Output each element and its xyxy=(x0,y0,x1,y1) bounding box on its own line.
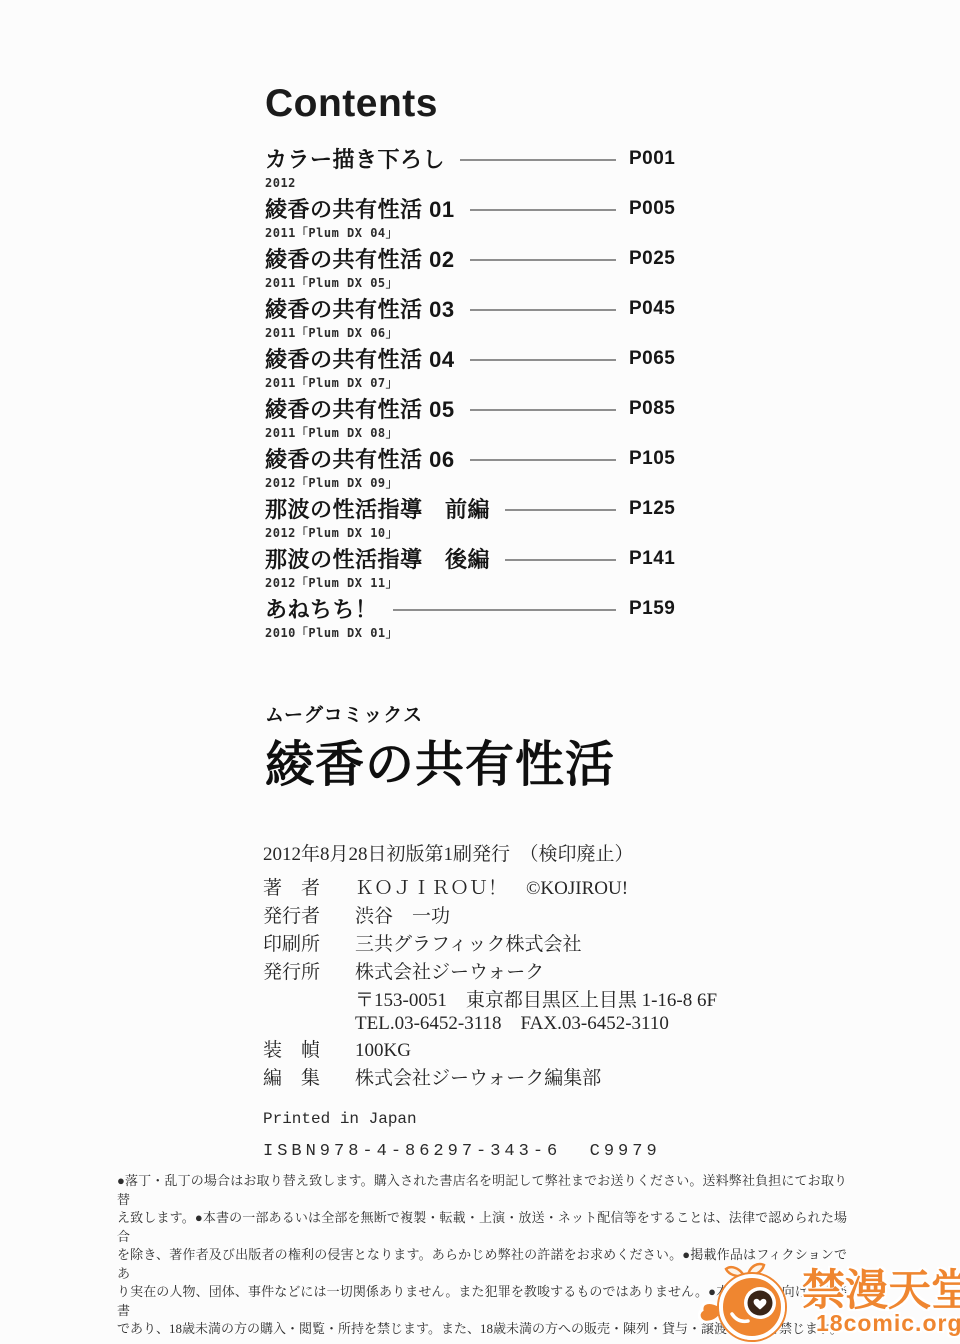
toc-entry-page: P159 xyxy=(629,598,675,620)
leader-line xyxy=(505,559,616,561)
colophon-value: 株式会社ジーウォーク編集部 xyxy=(355,1067,703,1091)
watermark-site-name: 禁漫天堂 xyxy=(802,1270,960,1312)
toc-entry-title: カラー描き下ろし xyxy=(265,143,445,174)
toc-entry-note: 2012 xyxy=(265,175,675,191)
toc-entry: 綾香の共有性活 02 P025 2011「Plum DX 05」 xyxy=(265,244,675,294)
leader-line xyxy=(470,359,616,361)
colophon-label: 編 集 xyxy=(263,1067,355,1091)
toc-entry: 那波の性活指導 後編 P141 2012「Plum DX 11」 xyxy=(265,544,675,594)
book-title: 綾香の共有性活 xyxy=(265,739,615,791)
toc-entry-note: 2011「Plum DX 06」 xyxy=(265,325,675,341)
toc-entry-note: 2010「Plum DX 01」 xyxy=(265,625,675,641)
fineprint-line: ●落丁・乱丁の場合はお取り替え致します。購入された書店名を明記して弊社までお送り… xyxy=(117,1172,847,1209)
leader-line xyxy=(470,459,616,461)
leader-line xyxy=(470,309,616,311)
toc-entry-note: 2011「Plum DX 07」 xyxy=(265,375,675,391)
toc-entry: 綾香の共有性活 05 P085 2011「Plum DX 08」 xyxy=(265,394,675,444)
toc-entry-title: 綾香の共有性活 06 xyxy=(265,443,455,474)
contents-heading: Contents xyxy=(265,84,675,124)
colophon-section: 2012年8月28日初版第1刷発行 （検印廃止） 著 者 ＫＯＪＩＲＯＵ！ ©K… xyxy=(263,843,703,1163)
toc-entry: 綾香の共有性活 03 P045 2011「Plum DX 06」 xyxy=(265,294,675,344)
leader-line xyxy=(505,509,616,511)
colophon-label: 装 幀 xyxy=(263,1039,355,1063)
colophon-value: 三共グラフィック株式会社 xyxy=(355,933,703,957)
toc-entry-page: P025 xyxy=(629,248,675,270)
toc-entry-page: P085 xyxy=(629,398,675,420)
colophon-value: 株式会社ジーウォーク xyxy=(355,961,703,985)
colophon-label: 発行者 xyxy=(263,905,355,929)
toc-entry-title: 綾香の共有性活 01 xyxy=(265,193,455,224)
toc-entry-title: 綾香の共有性活 05 xyxy=(265,393,455,424)
colophon-row-editing: 編 集 株式会社ジーウォーク編集部 xyxy=(263,1067,703,1091)
toc-entry: カラー描き下ろし P001 2012 xyxy=(265,144,675,194)
leader-line xyxy=(393,609,616,611)
toc-entry: 綾香の共有性活 06 P105 2012「Plum DX 09」 xyxy=(265,444,675,494)
colophon-value: 渋谷 一功 xyxy=(355,905,703,929)
leader-line xyxy=(470,209,616,211)
fineprint-line: え致します。●本書の一部あるいは全部を無断で複製・転載・上演・放送・ネット配信等… xyxy=(117,1209,847,1246)
toc-entry-title: 那波の性活指導 前編 xyxy=(265,493,490,524)
colophon-row-printer: 印刷所 三共グラフィック株式会社 xyxy=(263,933,703,957)
toc-entry-title: 綾香の共有性活 04 xyxy=(265,343,455,374)
toc-entry-title: あねちち！ xyxy=(265,593,378,624)
colophon-row-publishing-house: 発行所 株式会社ジーウォーク xyxy=(263,961,703,985)
colophon-page: Contents カラー描き下ろし P001 2012 綾香の共有性活 01 P… xyxy=(0,0,960,1344)
toc-entry-note: 2012「Plum DX 09」 xyxy=(265,475,675,491)
colophon-value: 100KG xyxy=(355,1039,703,1063)
toc-entry-page: P065 xyxy=(629,348,675,370)
toc-entry-page: P005 xyxy=(629,198,675,220)
toc-entry-note: 2011「Plum DX 04」 xyxy=(265,225,675,241)
publication-date-line: 2012年8月28日初版第1刷発行 （検印廃止） xyxy=(263,843,703,867)
toc-entry-page: P105 xyxy=(629,448,675,470)
colophon-row-publisher-person: 発行者 渋谷 一功 xyxy=(263,905,703,929)
toc-entry-page: P125 xyxy=(629,498,675,520)
book-title-block: ムーグコミックス 綾香の共有性活 xyxy=(265,700,615,791)
toc-entry-note: 2012「Plum DX 10」 xyxy=(265,525,675,541)
leader-line xyxy=(470,409,616,411)
toc-entry-page: P045 xyxy=(629,298,675,320)
toc-entry: 綾香の共有性活 04 P065 2011「Plum DX 07」 xyxy=(265,344,675,394)
toc-entry-title: 綾香の共有性活 03 xyxy=(265,293,455,324)
colophon-label: 発行所 xyxy=(263,961,355,985)
leader-line xyxy=(460,159,616,161)
toc-entry: あねちち！ P159 2010「Plum DX 01」 xyxy=(265,594,675,644)
toc-entry-page: P001 xyxy=(629,148,675,170)
site-watermark: 禁漫天堂 18comic.org xyxy=(698,1262,960,1344)
leader-line xyxy=(470,259,616,261)
printed-in-japan: Printed in Japan xyxy=(263,1109,703,1129)
contents-section: Contents カラー描き下ろし P001 2012 綾香の共有性活 01 P… xyxy=(265,84,675,644)
toc-entry-page: P141 xyxy=(629,548,675,570)
colophon-label: 印刷所 xyxy=(263,933,355,957)
series-label: ムーグコミックス xyxy=(265,700,615,727)
colophon-value: ＫＯＪＩＲＯＵ！ ©KOJIROU! xyxy=(355,877,703,901)
colophon-row-binding: 装 幀 100KG xyxy=(263,1039,703,1063)
publisher-address: 〒153-0051 東京都目黒区上目黒 1-16-8 6F xyxy=(263,989,703,1012)
colophon-label: 著 者 xyxy=(263,877,355,901)
toc-entry-title: 那波の性活指導 後編 xyxy=(265,543,490,574)
mascot-whale-icon xyxy=(698,1262,800,1342)
toc-entry-note: 2012「Plum DX 11」 xyxy=(265,575,675,591)
watermark-site-domain: 18comic.org xyxy=(802,1311,960,1335)
toc-entry: 那波の性活指導 前編 P125 2012「Plum DX 10」 xyxy=(265,494,675,544)
toc-entry: 綾香の共有性活 01 P005 2011「Plum DX 04」 xyxy=(265,194,675,244)
toc-entry-note: 2011「Plum DX 05」 xyxy=(265,275,675,291)
isbn-line: ISBN978-4-86297-343-6 C9979 xyxy=(263,1141,703,1163)
watermark-text: 禁漫天堂 18comic.org xyxy=(802,1262,960,1335)
colophon-row-author: 著 者 ＫＯＪＩＲＯＵ！ ©KOJIROU! xyxy=(263,877,703,901)
toc-entry-note: 2011「Plum DX 08」 xyxy=(265,425,675,441)
publisher-phone-fax: TEL.03-6452-3118 FAX.03-6452-3110 xyxy=(263,1012,703,1035)
toc-entry-title: 綾香の共有性活 02 xyxy=(265,243,455,274)
